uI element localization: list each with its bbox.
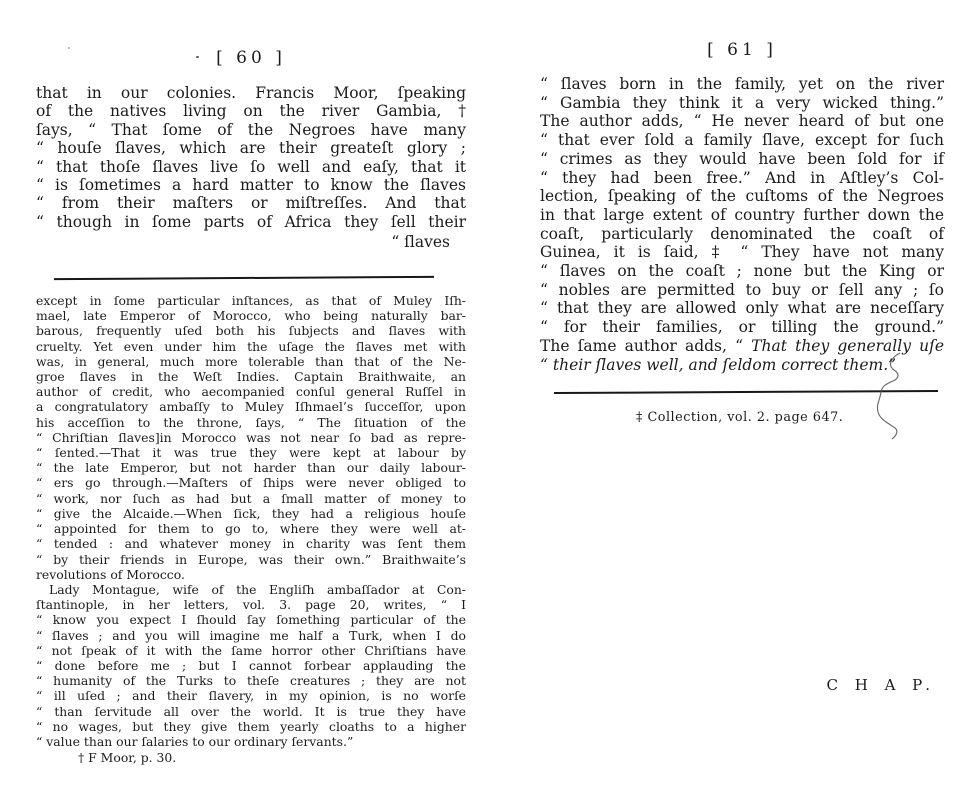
footnote-line: “ than ſervitude all over the world. It … [36,704,466,719]
book-page-60: [ 60 ] that in our colonies. Francis Moo… [36,48,466,765]
text-line: The author adds, “ He never heard of but… [540,112,944,131]
text-line: “ ſlaves on the coaſt ; none but the Kin… [540,262,944,281]
footnote-line: cruelty. Yet even under him the uſage th… [36,339,466,354]
text-line: in that large extent of country further … [540,206,944,225]
footnote-divider [54,275,434,280]
chapter-catchword: C H A P. [826,676,936,694]
text-line: “ that they are allowed only what are ne… [540,299,944,318]
footnote-line: “ ers go through.—Maſters of ſhips were … [36,475,466,490]
text-line: lection, ſpeaking of the cuſtoms of the … [540,187,944,206]
footnote-line: “ tended : and whatever money in charity… [36,536,466,551]
main-text-left: that in our colonies. Francis Moor, ſpea… [36,84,466,252]
footnote-line: except in ſome particular inſtances, as … [36,293,466,308]
page-number-left: [ 60 ] [36,48,466,68]
footnote-line: “ ſlaves ; and you will imagine me half … [36,628,466,643]
catchword: “ ſlaves [36,233,466,251]
footnote-line: Lady Montague, wife of the Engliſh ambaſ… [36,582,466,597]
footnote-line: mael, late Emperor of Morocco, who being… [36,308,466,323]
footnote-line: “ ill uſed ; and their ſlavery, in my op… [36,688,466,703]
italic-fragment: That they generally uſe [751,337,944,355]
text-line: “ that ever ſold a family ſlave, except … [540,131,944,150]
footnote-line: “ give the Alcaide.—When ſick, they had … [36,506,466,521]
text-line: Guinea, it is ſaid, ‡ “ They have not ma… [540,243,944,262]
footnote-line: “ by their friends in Europe, was their … [36,552,466,567]
footnote-line: “ know you expect I ſhould ſay ſomething… [36,612,466,627]
footnote-line: “ not ſpeak of it with the ſame horror o… [36,643,466,658]
footnote-line: ſtantinople, in her letters, vol. 3. pag… [36,597,466,612]
footnote-line: author of credit, who aecompanied conſul… [36,384,466,399]
text-line: “ they had been free.” And in Aſtley’s C… [540,169,944,188]
text-line: “ from their maſters or miſtreſſes. And … [36,194,466,212]
scan-speck [68,47,70,49]
text-line: “ ſlaves born in the family, yet on the … [540,75,944,94]
page-number-right: [ 61 ] [540,40,944,60]
footnote-line: “ the late Emperor, but not harder than … [36,460,466,475]
footnote-line: barous, frequently uſed both his ſubject… [36,323,466,338]
footnote-line: “ ſented.—That it was true they were kep… [36,445,466,460]
footnote-line: groe ſlaves in the Weſt Indies. Captain … [36,369,466,384]
footnote-line: revolutions of Morocco. [36,567,466,582]
pen-squiggle-mark [866,352,912,448]
text-line: “ houſe ſlaves, which are their greateſt… [36,139,466,157]
text-line: “ is ſometimes a hard matter to know the… [36,176,466,194]
footnote-left: except in ſome particular inſtances, as … [36,293,466,765]
footnote-line: “ done before me ; but I cannot forbear … [36,658,466,673]
text-line: coaſt, particularly denominated the coaſ… [540,225,944,244]
footnote-line: “ humanity of the Turks to theſe creatur… [36,673,466,688]
text-line: “ for their families, or tilling the gro… [540,318,944,337]
footnote-line: “ no wages, but they give them yearly cl… [36,719,466,734]
footnote-line: “ work, nor ſuch as had but a ſmall matt… [36,491,466,506]
footnote-line: “ Chriſtian ſlaves]in Morocco was not ne… [36,430,466,445]
text-line: “ crimes as they would have been ſold fo… [540,150,944,169]
text-line: “ though in ſome parts of Africa they ſe… [36,213,466,231]
main-text-right: “ ſlaves born in the family, yet on the … [540,75,944,374]
footnote-reference: † F Moor, p. 30. [36,750,466,765]
footnote-line: “ value than our ſalaries to our ordinar… [36,734,466,749]
footnote-line: “ appointed for them to go to, where the… [36,521,466,536]
text-line: of the natives living on the river Gambi… [36,102,466,120]
text-line: “ nobles are permitted to buy or ſell an… [540,281,944,300]
footnote-line: a congratulatory ambaſſy to Muley Iſhmae… [36,399,466,414]
footnote-line: his acceſſion to the throne, ſays, “ The… [36,415,466,430]
scan-speck [196,56,199,58]
roman-fragment: The ſame author adds, “ [540,337,743,355]
text-line: “ that thoſe ſlaves live ſo well and eaſ… [36,158,466,176]
text-line: “ Gambia they think it a very wicked thi… [540,94,944,113]
text-line: that in our colonies. Francis Moor, ſpea… [36,84,466,102]
footnote-line: was, in general, much more tolerable tha… [36,354,466,369]
text-line: ſays, “ That ſome of the Negroes have ma… [36,121,466,139]
